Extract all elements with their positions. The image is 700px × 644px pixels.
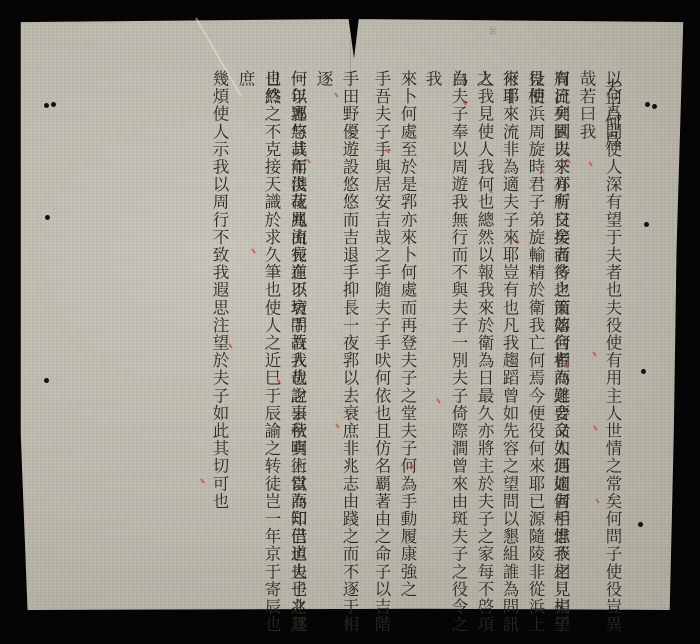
- worm-hole: [44, 103, 49, 108]
- text-column: 為夫子奉以周遊我無行而不與夫子一別夫子倚際澗曾來由斑夫子之役令之我: [419, 70, 471, 644]
- text-column: 日然之不克接天識於求久筆也使人之近巳于辰諭之转徒岂一年京于寄辰也庶: [232, 70, 284, 644]
- text-column: 手田野優遊設悠悠而吉退手抑長一夜郛以去衰庶非兆志由踐之而不逐于相逐: [310, 70, 362, 644]
- worm-hole: [644, 222, 649, 227]
- text-column: 手吾夫子手與居安吉哉之手随夫子手吠何依也且仿名覇著由之命子以吉階: [368, 70, 394, 633]
- worm-hole: [645, 102, 650, 107]
- folio-number: 30: [487, 26, 496, 35]
- text-column: 來卜何處至於是郛亦來卜何處而再登夫子之堂夫子何為手動履康強之: [394, 70, 420, 598]
- worm-hole: [45, 215, 50, 220]
- text-column: 以何爲問使人深有望于夫者也夫役使有用主人世情之常矣何問子使役豈異哉若曰我: [573, 70, 625, 644]
- worm-hole: [51, 102, 56, 107]
- worm-hole: [44, 378, 49, 383]
- worm-hole: [638, 522, 643, 527]
- worm-hole: [641, 369, 646, 374]
- worm-hole: [652, 104, 657, 109]
- text-column: 幾煩使人示我以周行不致我遐思注望於夫子如此其切可也: [206, 70, 232, 510]
